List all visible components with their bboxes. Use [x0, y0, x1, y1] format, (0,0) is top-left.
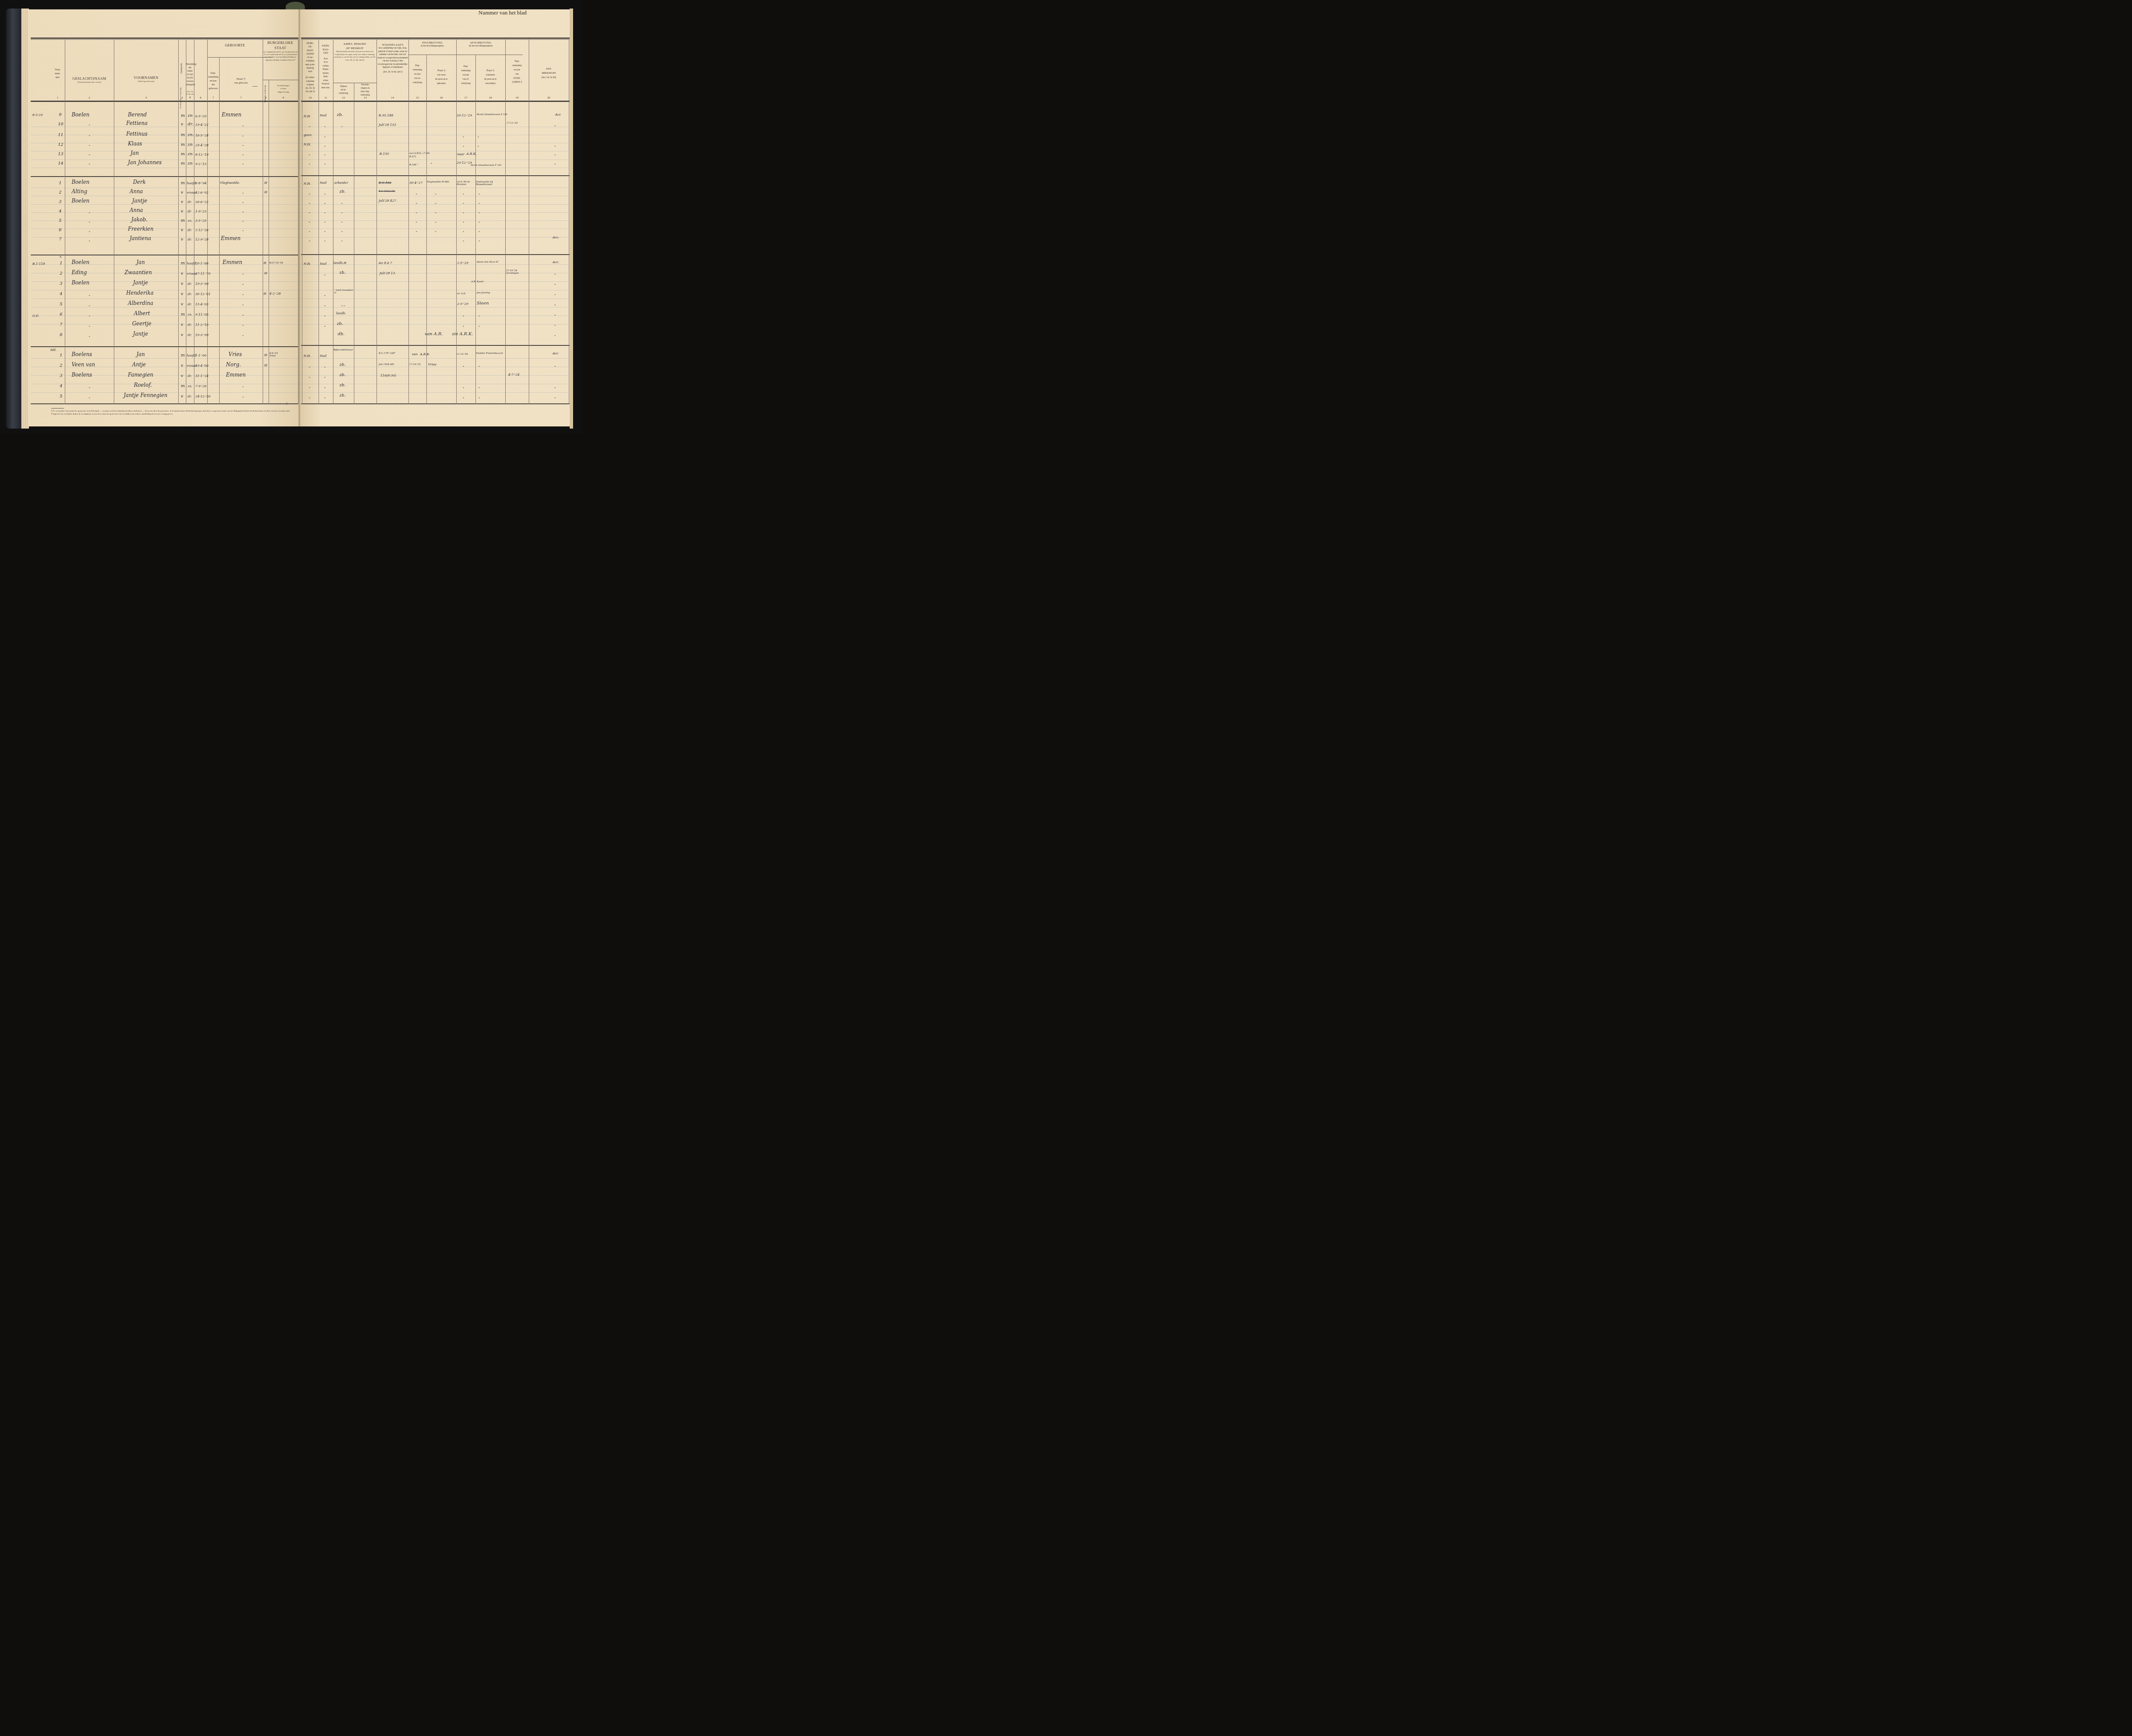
- entry-departure-date: ": [463, 365, 464, 369]
- margin-note: Mil.: [50, 348, 57, 352]
- entry-departure-place: ": [478, 221, 480, 225]
- entry-sex: v: [181, 302, 183, 307]
- entry-civil-status: H: [264, 353, 267, 357]
- entry-relation: dr.: [188, 323, 192, 327]
- entry-sex: v: [181, 209, 183, 214]
- entry-nr: 5: [60, 394, 62, 399]
- entry-death-date: 17-11-'23: [507, 122, 518, 125]
- col2-header: GESLACHTSNAAM (Geslachtsnaam der vrouw): [65, 76, 114, 84]
- entry-inschrijving-place: ": [435, 212, 436, 215]
- col-number: 3: [114, 96, 178, 99]
- family-separator: [31, 176, 298, 177]
- entry-birth-date: 12-9-'28: [195, 238, 209, 241]
- entry-departure-place: Horst Gieselbeveen F 101: [471, 164, 502, 167]
- entry-inschrijving-place: ": [435, 221, 436, 225]
- col-line: [219, 57, 220, 404]
- entry-departure-place: A.R.K.: [466, 152, 477, 156]
- entry-nr: 4: [59, 209, 61, 214]
- entry-inschrijving-place: Vries: [428, 362, 437, 366]
- entry-birth-place: ": [242, 396, 243, 400]
- col-number: 20: [529, 96, 569, 99]
- entry-nationality: ": [324, 125, 325, 129]
- entry-remarks: Acc: [555, 113, 561, 116]
- entry-departure-place: Horst Gieselbeveen F 101: [477, 113, 508, 116]
- entry-sex: v: [181, 394, 183, 399]
- entry-remarks: ": [554, 125, 556, 128]
- entry-surname: Alting: [72, 188, 87, 194]
- entry-relation: zn.: [188, 219, 192, 223]
- entry-relation: zn: [188, 113, 193, 118]
- entry-surname: ": [89, 230, 90, 234]
- entry-birth-date: 30-12-'01: [195, 292, 211, 296]
- entry-relation: zn: [188, 161, 193, 166]
- row-line: [31, 299, 569, 299]
- entry-sex: m: [181, 312, 185, 317]
- entry-birth-date: 26-6-'22: [195, 200, 209, 204]
- row-line: [31, 367, 569, 367]
- entry-occupation: landb.: [336, 311, 346, 315]
- entry-given-names: Anna: [130, 207, 143, 213]
- entry-inschrijving-place: Vlagtwedde H 940.: [427, 181, 456, 183]
- row-line: [31, 281, 569, 282]
- entry-church: ": [309, 240, 310, 243]
- entry-occupation: zb.: [337, 322, 343, 326]
- entry-departure-date: ": [463, 221, 464, 225]
- entry-birth-place: Vlagtwedde.: [220, 181, 240, 185]
- entry-relation: dr.: [188, 302, 192, 306]
- entry-sex: v: [181, 271, 183, 276]
- entry-birth-place: Vries: [229, 351, 242, 357]
- entry-given-names: Jantiena: [130, 235, 151, 241]
- entry-remarks: ": [554, 154, 556, 157]
- col-line: [377, 39, 377, 404]
- entry-nr: 5: [59, 218, 61, 223]
- entry-relation: dr.: [188, 228, 192, 232]
- burgerlijke-staat-group-header: BURGERLIJKE STAAT voor ongehuwden met O,…: [263, 40, 298, 61]
- row-line: [31, 229, 569, 229]
- row-line: [31, 290, 569, 290]
- entry-birth-place: Emmen: [222, 112, 241, 118]
- entry-departure-place: Jan Jeuring: [477, 292, 490, 294]
- entry-relation: dr.: [188, 333, 192, 337]
- entry-sex: m: [181, 218, 185, 223]
- entry-church: ": [309, 212, 310, 215]
- entry-occupation: ": [341, 212, 342, 215]
- entry-church: geen: [304, 133, 312, 137]
- entry-inschrijving-place: ": [435, 202, 436, 206]
- entry-church: N.H.: [304, 262, 311, 266]
- entry-birth-place: ": [242, 135, 243, 139]
- entry-sex: v: [181, 200, 183, 204]
- entry-church: ": [324, 304, 325, 308]
- entry-inschrijving-date: 17-10-'23: [409, 363, 420, 366]
- entry-surname: ": [89, 386, 90, 390]
- entry-birth-date: 31-1-'24: [195, 374, 209, 378]
- col-number: 13: [354, 96, 377, 99]
- entry-occupation: " ": [341, 304, 345, 308]
- col-number: 7: [219, 96, 263, 99]
- entry-birth-place: ": [242, 334, 243, 338]
- entry-occupation: zb.: [339, 362, 346, 367]
- entry-church: ": [309, 154, 310, 157]
- sheet-number-label: Nummer van het blad: [478, 9, 527, 16]
- entry-birth-date: 16-5-'24: [195, 133, 209, 137]
- entry-relation: dr.: [188, 292, 192, 296]
- entry-relation: hoofd: [187, 354, 196, 357]
- margin-note: G.D.: [32, 314, 39, 318]
- col-number: 9: [269, 96, 298, 99]
- entry-departure-place: ": [478, 240, 480, 243]
- entry-remarks: ": [554, 365, 556, 369]
- col15-header: Dag-teekeningen jaarvan in-schrijving: [408, 64, 426, 85]
- header-top-rule-right: [301, 38, 570, 39]
- entry-given-names: Antje: [132, 362, 146, 368]
- entry-surname: ": [89, 315, 90, 319]
- entry-civil-status: H: [264, 190, 267, 194]
- geboorte-group-header: GEBOORTE: [207, 43, 263, 48]
- entry-nationality: ": [324, 397, 325, 400]
- burgerlijke-staat-subrule: [263, 80, 298, 80]
- entry-residence: Juli'28 153: [379, 123, 396, 127]
- entry-birth-place: ": [242, 211, 243, 214]
- entry-civil-status: H: [264, 271, 267, 275]
- entry-sex: v: [181, 292, 183, 296]
- entry-birth-date: 7-9-'26: [195, 384, 206, 388]
- entry-departure-date: ": [463, 230, 464, 234]
- entry-inschrijving-date: ": [416, 230, 417, 234]
- entry-nationality: ": [324, 230, 325, 234]
- col-line: [354, 83, 354, 404]
- entry-relation: dr.: [188, 282, 192, 286]
- entry-given-names: Derk: [133, 179, 146, 185]
- ledger-spread: Nummer van het blad: [0, 0, 582, 434]
- entry-sex: v: [181, 190, 183, 195]
- entry-church: ": [324, 315, 325, 319]
- entry-nr: 2: [60, 271, 62, 276]
- entry-given-names: Jan: [130, 150, 139, 156]
- entry-remarks: ": [554, 324, 556, 328]
- entry-surname: ": [89, 397, 90, 400]
- entry-occupation: Rijks-ambtenaar: [333, 349, 353, 351]
- entry-relation: dr.: [188, 200, 192, 204]
- entry-nr-note: K.: [60, 256, 62, 258]
- entry-occupation: db.: [338, 332, 345, 336]
- entry-nr: 2: [59, 190, 61, 195]
- entry-departure-place: ": [478, 193, 480, 197]
- entry-departure-date: 20-12-'29: [457, 113, 472, 117]
- entry-birth-date: 8-12-'10: [195, 153, 209, 157]
- row-line: [31, 168, 569, 168]
- entry-given-names: Jantje: [133, 280, 148, 286]
- col11-header: NATIO-NALI-TEIT doorin tevullen:Neder-la…: [319, 44, 333, 90]
- entry-departure-place: Onstwedde bij Musselkanaal: [476, 181, 506, 186]
- entry-nationality: ": [324, 154, 325, 157]
- entry-nationality: Ned: [320, 181, 327, 185]
- col4-header: Geslacht: [180, 63, 183, 74]
- entry-residence: Juli'28 427.: [379, 199, 397, 203]
- entry-nationality: ": [324, 366, 325, 370]
- entry-relation: zn: [188, 142, 193, 147]
- col-line: [298, 39, 298, 404]
- entry-birth-date: 19-3-'99: [195, 333, 209, 337]
- entry-sex: v: [181, 237, 183, 242]
- entry-departure-place: ": [478, 230, 480, 234]
- entry-surname: ": [89, 163, 90, 167]
- col-line: [408, 39, 409, 404]
- entry-surname: ": [89, 144, 90, 148]
- col17-header: Dag-teekeningen jaarvan af-schrijving: [456, 65, 475, 86]
- col18-header: Plaats ¹)waarheende persoon isvertrokken: [475, 69, 505, 86]
- entry-church: ": [309, 366, 310, 370]
- entry-birth-date: 1-9-'23: [195, 209, 206, 213]
- entry-church: ": [324, 274, 325, 278]
- entry-departure-place: Sleen den Hool 47: [477, 261, 505, 264]
- entry-departure-place: ": [478, 145, 479, 149]
- entry-surname: Veen van: [72, 362, 95, 368]
- entry-departure-place: ": [478, 365, 480, 369]
- entry-birth-place: Emmen: [226, 372, 246, 378]
- entry-remarks: Acc.: [553, 260, 559, 264]
- col-line: [456, 39, 457, 404]
- entry-given-names: Fettinus: [126, 131, 148, 137]
- entry-nationality: ": [324, 163, 325, 167]
- col7-header: Plaats ¹)van geboorte: [219, 78, 263, 85]
- entry-inschrijving-date: van G.R.K. (7.28): [409, 152, 430, 155]
- col-number: 5: [186, 96, 194, 99]
- entry-birth-date: 12-6-'02: [195, 191, 209, 194]
- row-line: [31, 273, 569, 273]
- page-edges-right: [570, 9, 573, 429]
- entry-birth-place: ": [242, 273, 243, 277]
- entry-sex: m: [181, 133, 185, 137]
- entry-church: N.H.: [304, 114, 311, 118]
- entry-inschrijving-date: ": [416, 221, 417, 225]
- row-line: [31, 237, 569, 238]
- entry-surname: Boelen: [72, 280, 90, 286]
- entry-birth-date: 27-11-'70: [195, 272, 211, 275]
- row-line: [31, 188, 569, 188]
- entry-departure-date: ": [463, 136, 464, 139]
- col-line: [194, 39, 194, 404]
- entry-nr: 5: [60, 302, 62, 307]
- entry-remarks: ": [554, 283, 556, 287]
- entry-remarks: ": [554, 314, 556, 318]
- family-separator: [301, 175, 570, 176]
- entry-nationality: ": [324, 136, 325, 139]
- row-line: [31, 135, 569, 135]
- footnote-1: ¹) Te vermelden: den naam der gemeente v…: [51, 410, 298, 413]
- entry-departure-date: 20-12-'29: [457, 161, 472, 165]
- entry-relation: dr.: [188, 374, 192, 378]
- col-number: 17: [456, 96, 475, 99]
- col-number: 15: [408, 96, 426, 99]
- entry-given-names: Jan: [136, 351, 145, 357]
- col10-header: KERK-GE-NOOT-SCHAP of ver-eenigingmet go…: [302, 42, 319, 94]
- entry-civil-status: H: [264, 181, 267, 185]
- col-number: 6: [194, 96, 207, 99]
- col-line: [475, 55, 476, 404]
- header-top-rule-left: [31, 38, 298, 39]
- entry-occupation: zb.: [339, 189, 346, 194]
- sheet-mark: III: [285, 403, 287, 405]
- col-number: 10: [302, 96, 319, 99]
- row-line: [31, 316, 569, 316]
- entry-inschrijving-date: van: [412, 352, 418, 356]
- row-line: [31, 264, 569, 265]
- entry-sex: v: [181, 333, 183, 337]
- entry-sex: v: [181, 363, 183, 368]
- footnotes: ¹) Te vermelden: den naam der gemeente v…: [51, 410, 298, 416]
- entry-sex: m: [181, 142, 185, 147]
- entry-occupation: zb.: [339, 383, 346, 388]
- entry-birth-place: ": [242, 229, 243, 233]
- entry-sex: m: [181, 113, 185, 118]
- table-bottom-rule: [301, 403, 570, 404]
- row-line: [31, 358, 569, 359]
- entry-residence: B.O.429(2.28): [379, 190, 395, 193]
- entry-civil-change: 8-9-'23 Vries: [269, 352, 283, 357]
- entry-inschrijving-place: A.R.K.: [420, 352, 430, 356]
- entry-birth-date: 29-4-'28: [195, 143, 209, 147]
- entry-residence: An 8.6.7: [379, 261, 392, 265]
- entry-church: ": [309, 202, 310, 206]
- ambt-group-header: AMBT, BEROEP OF BEDRIJF (Bij het bedrijf…: [334, 42, 376, 62]
- col-number: 1: [50, 96, 65, 99]
- col-line: [319, 39, 319, 404]
- entry-civil-status: H: [264, 363, 267, 367]
- entry-birth-place: ": [242, 283, 243, 287]
- col-line: [569, 39, 569, 404]
- entry-departure-date: 2-5-'29: [457, 302, 468, 306]
- entry-nationality: ": [324, 240, 325, 243]
- entry-inschrijving-date: R.166 ": [409, 164, 418, 166]
- entry-remarks: ": [554, 397, 556, 400]
- entry-nr: 4: [60, 292, 62, 296]
- col19-header: Dag-teekeningen jaarvanOVER-LIJDEN ²): [505, 60, 529, 85]
- entry-birth-place: ": [242, 144, 243, 148]
- entry-relation: dr.: [188, 394, 192, 398]
- entry-relation: dr: [188, 209, 191, 213]
- entry-birth-date: 20-1-'66: [195, 261, 209, 265]
- inschrijving-group-header: INSCHRIJVING in het bevolkingsregister: [408, 41, 456, 48]
- entry-occupation: ": [341, 125, 342, 129]
- entry-departure-place: Sleen: [477, 301, 489, 306]
- entry-occupation: zb.: [339, 393, 346, 398]
- entry-given-names: Albert: [134, 310, 150, 316]
- entry-departure-date: ": [463, 212, 464, 215]
- entry-birth-place: ": [242, 293, 243, 297]
- entry-occupation: ": [341, 230, 342, 234]
- col-line: [263, 39, 263, 404]
- entry-departure-date: ": [463, 397, 464, 400]
- entry-surname: ": [89, 240, 90, 243]
- entry-nationality: ": [324, 202, 325, 206]
- entry-departure-date: 2-5-'29: [457, 261, 468, 265]
- entry-inschrijving-place: van A.R.: [425, 332, 443, 336]
- col-number: 12: [333, 96, 354, 99]
- entry-birth-date: 19-4-'22: [195, 123, 209, 127]
- entry-church: N.H.: [304, 142, 311, 146]
- entry-occupation: zb.: [339, 270, 346, 275]
- col1-header: Volg-num-mer: [50, 68, 65, 80]
- entry-inschrijving-date: ": [416, 212, 417, 215]
- entry-birth-place: Emmen: [223, 259, 242, 265]
- entry-death-date: 27-10-'24 Groningen: [506, 270, 528, 275]
- family-separator: [31, 346, 298, 347]
- entry-remarks: ": [554, 145, 556, 149]
- entry-birth-date: 6-3-'20: [195, 114, 206, 118]
- col-line: [65, 39, 65, 404]
- entry-occupation: " land bouwster O: [334, 289, 354, 294]
- entry-church: ": [309, 221, 310, 225]
- entry-birth-date: 15-4-'03: [195, 302, 209, 306]
- entry-birth-date: 19-3-'99: [195, 282, 209, 286]
- entry-relation: zn.: [188, 384, 192, 388]
- entry-church: ": [324, 294, 325, 298]
- entry-surname: ": [89, 325, 90, 329]
- col-number: 2: [65, 96, 114, 99]
- entry-given-names: Freerkien: [128, 226, 154, 232]
- entry-given-names: Jan Johannes: [128, 159, 162, 165]
- entry-birth-date: 1-1-'00: [195, 354, 206, 357]
- entry-departure-place: Vledder Frederiksoord: [476, 352, 505, 355]
- entry-relation: zn: [188, 152, 193, 157]
- entry-sex: m: [181, 261, 185, 266]
- entry-nr: 1: [60, 353, 62, 358]
- entry-surname: ": [89, 154, 90, 157]
- entry-nr: 1: [59, 181, 61, 185]
- entry-given-names: Fettiena: [126, 120, 148, 126]
- row-line: [31, 196, 569, 196]
- entry-remarks: ": [554, 386, 556, 390]
- col-line: [207, 39, 208, 404]
- entry-remarks: Acc.: [553, 235, 559, 239]
- col3-header: VOORNAMEN (Voluit geschreven): [114, 75, 178, 84]
- row-line: [31, 375, 569, 376]
- col-line: [269, 80, 269, 404]
- entry-residence: B.C.179³ 100⁴: [379, 352, 401, 355]
- entry-surname: ": [89, 304, 90, 308]
- entry-given-names: Jantje: [132, 198, 147, 204]
- entry-given-names: Henderika: [126, 290, 154, 296]
- entry-relation: dr.: [188, 122, 193, 127]
- entry-surname: ": [89, 212, 90, 215]
- entry-nr: 1: [60, 261, 62, 266]
- entry-church: ": [309, 376, 310, 380]
- row-line: [31, 384, 569, 384]
- col-number: 16: [426, 96, 456, 99]
- family-separator: [301, 345, 570, 346]
- entry-inschrijving-date: 30-4-'27: [409, 181, 423, 185]
- entry-residence: Juli 1928 481: [379, 363, 397, 366]
- row-line: [31, 151, 569, 151]
- entry-sex: v: [181, 122, 183, 127]
- entry-nationality: Ned: [320, 113, 327, 117]
- entry-residence: Juli'28 13.: [379, 271, 396, 275]
- entry-surname: ": [89, 335, 90, 339]
- entry-inschrijving-place: ": [435, 230, 436, 234]
- col-number: 7: [207, 96, 219, 99]
- entry-relation: hoofd: [187, 261, 196, 265]
- entry-departure-date: ": [463, 145, 464, 149]
- entry-sex: v: [181, 374, 183, 378]
- entry-remarks: ": [554, 304, 556, 307]
- entry-sex: v: [181, 322, 183, 327]
- entry-nationality: ": [324, 145, 325, 149]
- entry-occupation: landb.H: [333, 261, 346, 265]
- entry-civil-change: 4-2-'28: [269, 292, 281, 296]
- col13-header: Verande-ringen enhare dag-teekening: [354, 84, 377, 97]
